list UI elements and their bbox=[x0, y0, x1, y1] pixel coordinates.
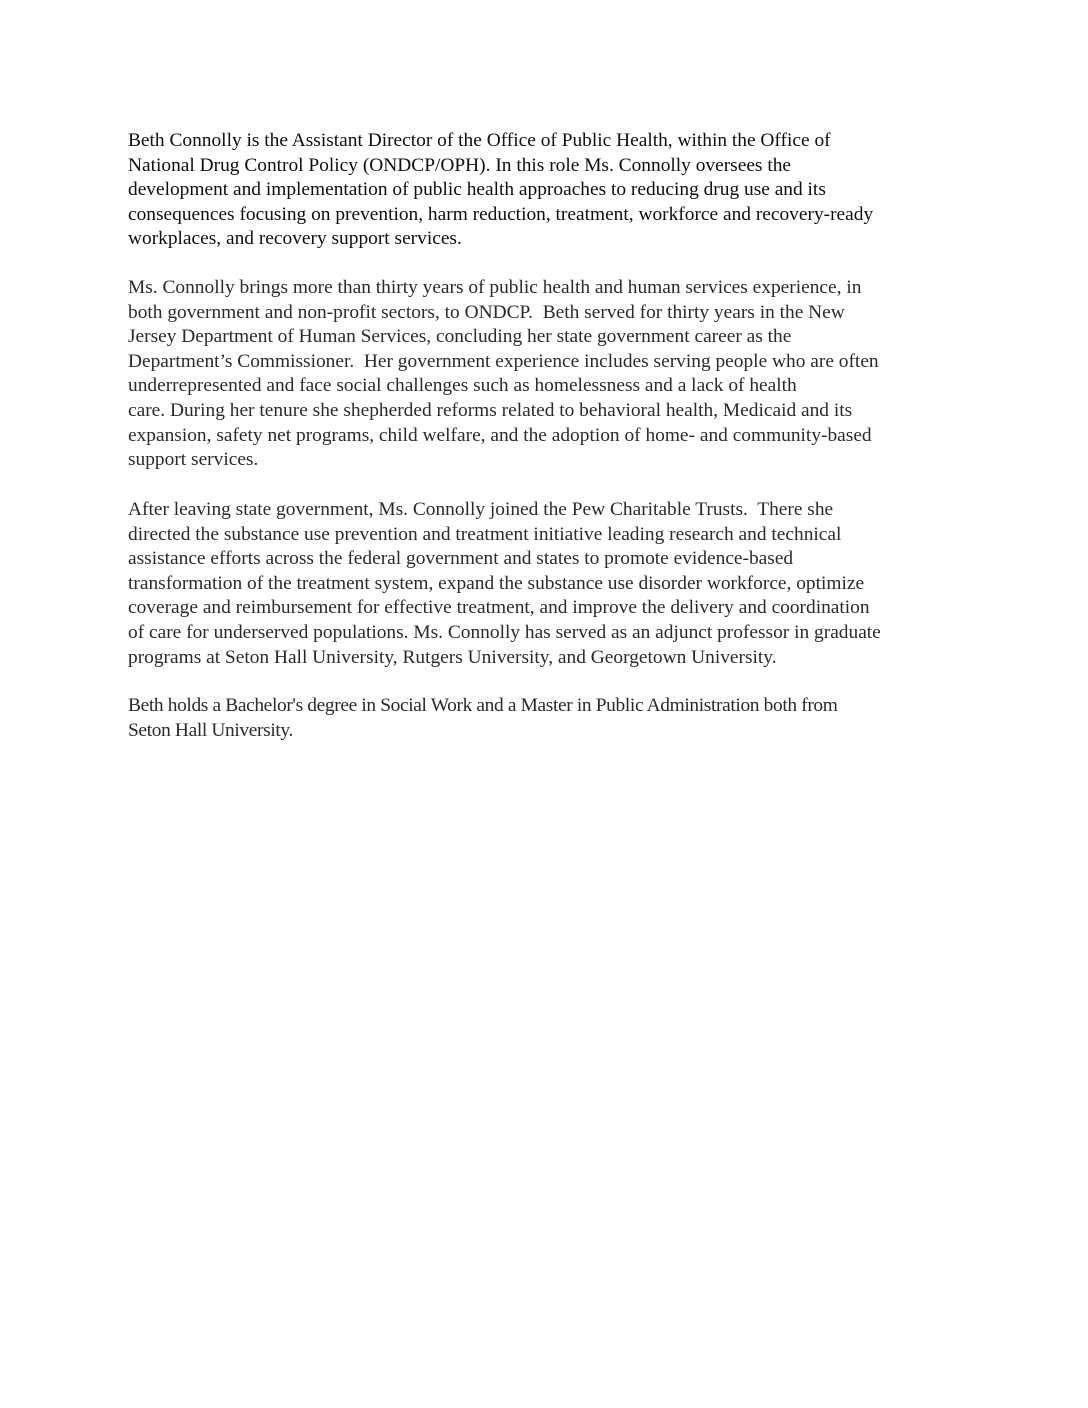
text-line: Jersey Department of Human Services, con… bbox=[128, 325, 988, 350]
text-line: After leaving state government, Ms. Conn… bbox=[128, 498, 988, 523]
text-line: care. During her tenure she shepherded r… bbox=[128, 399, 988, 424]
text-line: transformation of the treatment system, … bbox=[128, 572, 988, 597]
text-line: underrepresented and face social challen… bbox=[128, 374, 988, 399]
text-line: support services. bbox=[128, 448, 988, 473]
text-line: development and implementation of public… bbox=[128, 178, 988, 203]
text-line: workplaces, and recovery support service… bbox=[128, 227, 988, 252]
text-line: Seton Hall University. bbox=[128, 719, 988, 744]
text-line: Department’s Commissioner. Her governmen… bbox=[128, 350, 988, 375]
text-line: directed the substance use prevention an… bbox=[128, 523, 988, 548]
text-line: of care for underserved populations. Ms.… bbox=[128, 621, 988, 646]
text-line: programs at Seton Hall University, Rutge… bbox=[128, 646, 988, 671]
paragraph-role-overview: Beth Connolly is the Assistant Director … bbox=[128, 129, 988, 252]
text-line: assistance efforts across the federal go… bbox=[128, 547, 988, 572]
text-line: consequences focusing on prevention, har… bbox=[128, 203, 988, 228]
paragraph-experience: Ms. Connolly brings more than thirty yea… bbox=[128, 276, 988, 473]
text-line: Ms. Connolly brings more than thirty yea… bbox=[128, 276, 988, 301]
text-line: both government and non-profit sectors, … bbox=[128, 301, 988, 326]
text-line: coverage and reimbursement for effective… bbox=[128, 596, 988, 621]
text-line: expansion, safety net programs, child we… bbox=[128, 424, 988, 449]
text-line: Beth Connolly is the Assistant Director … bbox=[128, 129, 988, 154]
text-line: Beth holds a Bachelor's degree in Social… bbox=[128, 694, 988, 719]
text-line: National Drug Control Policy (ONDCP/OPH)… bbox=[128, 154, 988, 179]
document-page: Beth Connolly is the Assistant Director … bbox=[0, 0, 1088, 1408]
paragraph-education: Beth holds a Bachelor's degree in Social… bbox=[128, 694, 988, 743]
paragraph-pew-career: After leaving state government, Ms. Conn… bbox=[128, 498, 988, 670]
